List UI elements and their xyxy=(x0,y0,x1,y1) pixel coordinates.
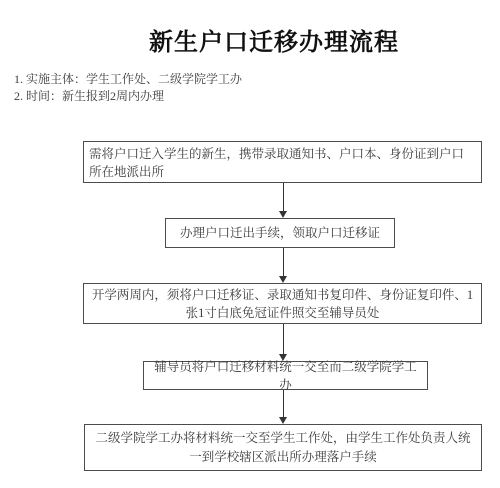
arrow-down-icon xyxy=(279,417,287,424)
down-arrow-connector-4 xyxy=(279,390,288,424)
notes: 1. 实施主体：学生工作处、二级学院学工办 2. 时间：新生报到2周内办理 xyxy=(14,71,242,105)
arrow-line xyxy=(283,390,285,418)
flow-step-4-box: 辅导员将户口迁移材料统一交至而二级学院学工办 xyxy=(143,361,428,390)
arrow-line xyxy=(283,324,285,355)
arrow-down-icon xyxy=(279,276,287,283)
arrow-line xyxy=(283,248,285,277)
note-implementer: 1. 实施主体：学生工作处、二级学院学工办 xyxy=(14,71,242,88)
arrow-line xyxy=(283,183,285,212)
flowchart-page: 新生户口迁移办理流程 1. 实施主体：学生工作处、二级学院学工办 2. 时间：新… xyxy=(0,0,500,488)
down-arrow-connector-3 xyxy=(279,324,288,361)
note-time: 2. 时间：新生报到2周内办理 xyxy=(14,88,242,105)
down-arrow-connector-2 xyxy=(279,248,288,283)
flow-step-3-box: 开学两周内，须将户口迁移证、录取通知书复印件、身份证复印件、1张1寸白底免冠证件… xyxy=(83,283,482,324)
down-arrow-connector-1 xyxy=(279,183,288,218)
flow-step-5-box: 二级学院学工办将材料统一交至学生工作处，由学生工作处负责人统一到学校辖区派出所办… xyxy=(84,424,482,471)
arrow-down-icon xyxy=(279,211,287,218)
page-title: 新生户口迁移办理流程 xyxy=(24,22,500,57)
flow-step-1-box: 需将户口迁入学生的新生，携带录取通知书、户口本、身份证到户口所在地派出所 xyxy=(83,141,482,183)
flow-step-2-box: 办理户口迁出手续，领取户口迁移证 xyxy=(165,218,395,248)
